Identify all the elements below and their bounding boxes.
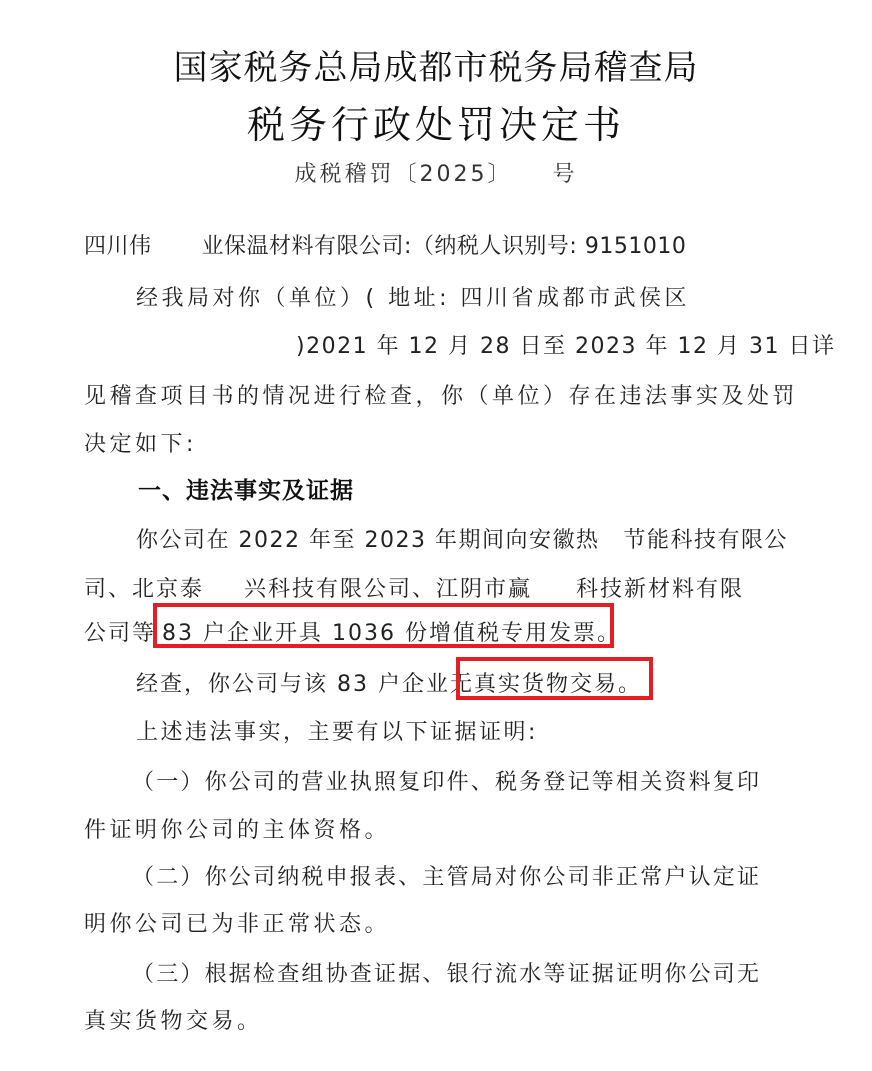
document-number-suffix: 号 (552, 162, 577, 187)
highlight-box-invoices (153, 603, 614, 648)
finding-part-a: 经查，你公司与该 83 户企业 (136, 672, 450, 697)
recipient-line: 四川伟业保温材料有限公司:（纳税人识别号: 9151010 (84, 229, 686, 260)
facts-line-2-part-c: 科技新材料有限 (576, 577, 744, 602)
evidence-item-2-line-1: （二）你公司纳税申报表、主管局对你公司非正常户认定证 (132, 860, 761, 891)
section-heading-violations: 一、违法事实及证据 (138, 472, 354, 505)
recipient-name-part1: 四川伟 (84, 234, 152, 259)
document-number: 成税稽罚〔2025〕号 (0, 157, 872, 188)
facts-line-2-part-a: 司、北京泰 (84, 577, 204, 602)
evidence-item-1-line-2: 件证明你公司的主体资格。 (84, 813, 390, 844)
intro-line-3: 见稽查项目书的情况进行检查，你（单位）存在违法事实及处罚 (84, 379, 798, 410)
evidence-item-1-line-1: （一）你公司的营业执照复印件、税务登记等相关资料复印 (132, 765, 761, 796)
issuer-title: 国家税务总局成都市税务局稽查局 (0, 40, 872, 89)
document-number-prefix: 成税稽罚〔2025〕 (294, 162, 512, 187)
evidence-item-2-line-2: 明你公司已为非正常状态。 (84, 907, 390, 938)
facts-line-3-part-a: 公司等 (84, 621, 156, 646)
evidence-intro: 上述违法事实，主要有以下证据证明: (136, 715, 538, 746)
evidence-item-3-line-1: （三）根据检查组协查证据、银行流水等证据证明你公司无 (132, 957, 761, 988)
facts-line-1-part-b: 节能科技有限公 (623, 528, 788, 553)
intro-line-2: )2021 年 12 月 28 日至 2023 年 12 月 31 日详 (296, 329, 835, 360)
recipient-name-part2: 业保温材料有限公司:（纳税人识别号: 9151010 (202, 234, 687, 259)
evidence-item-3-line-2: 真实货物交易。 (84, 1004, 263, 1035)
intro-line-4: 决定如下: (84, 427, 197, 458)
facts-line-2: 司、北京泰兴科技有限公司、江阴市赢科技新材料有限 (84, 572, 744, 603)
facts-line-2-part-b: 兴科技有限公司、江阴市赢 (244, 577, 532, 602)
document-type-title: 税务行政处罚决定书 (0, 94, 872, 149)
facts-line-1: 你公司在 2022 年至 2023 年期间向安徽热节能科技有限公 (136, 523, 788, 554)
intro-line-1: 经我局对你（单位）( 地址: 四川省成都市武侯区 (136, 281, 690, 312)
highlight-box-no-real-transaction (456, 657, 653, 700)
facts-line-1-part-a: 你公司在 2022 年至 2023 年期间向安徽热 (136, 528, 599, 553)
